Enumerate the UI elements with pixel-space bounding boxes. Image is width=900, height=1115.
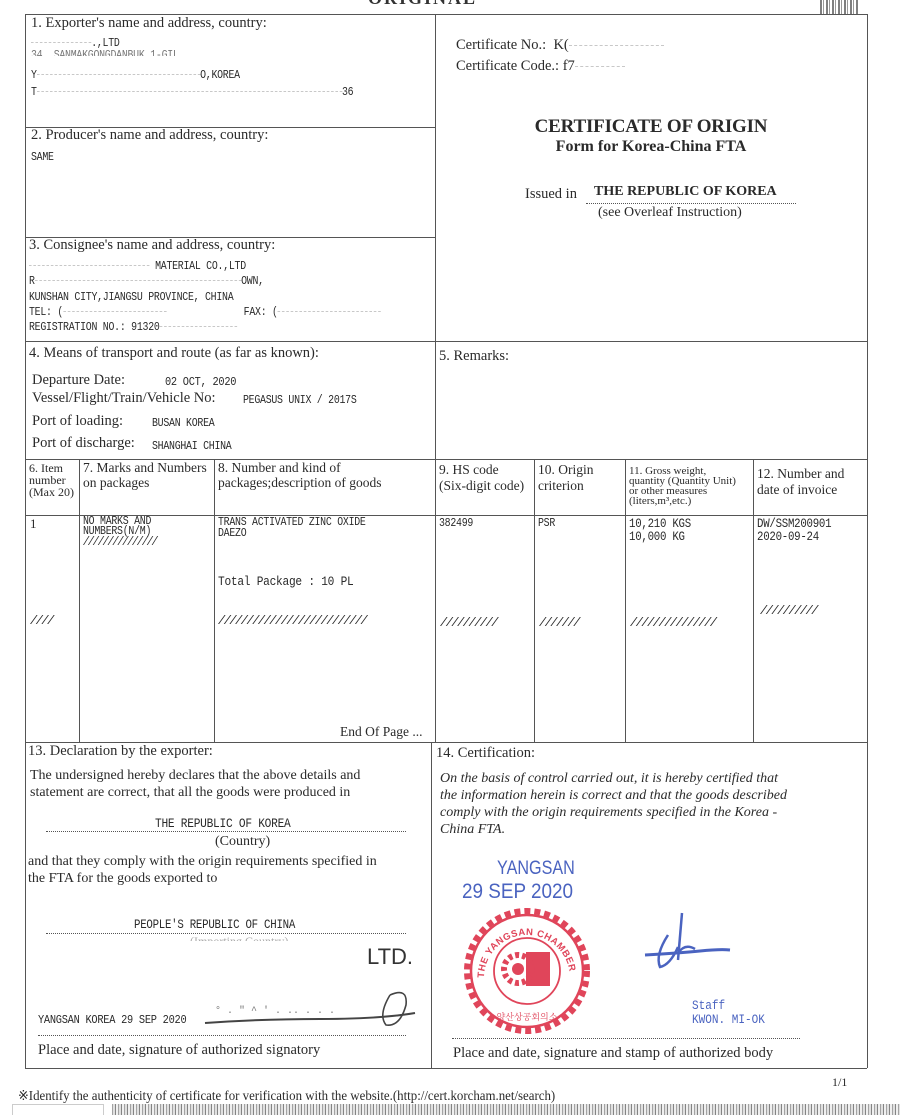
col-divider-1	[79, 459, 80, 742]
svg-text:° . " ^ ' . .. . . .: ° . " ^ ' . .. . . .	[215, 1005, 335, 1017]
header-item-number: 6. Itemnumber(Max 20)	[29, 462, 74, 498]
cell-invoice: DW/SSM2009012020-09-24	[757, 518, 831, 544]
frame-right	[867, 14, 868, 1068]
certification-dotline	[452, 1038, 800, 1039]
document-subtitle: Form for Korea-China FTA	[435, 138, 867, 156]
discharge-value: SHANGHAI CHINA	[152, 440, 231, 453]
table-header-bottom	[25, 515, 867, 516]
frame-left	[25, 14, 26, 1068]
divider-bottom-center	[431, 742, 432, 1068]
filler-origin: ///////	[539, 616, 579, 630]
col-divider-3	[435, 459, 436, 742]
chamber-seal-icon: THE YANGSAN CHAMBER OF COMMERCE & INDUST…	[462, 906, 592, 1036]
header-invoice: 12. Number anddate of invoice	[757, 466, 844, 498]
loading-value: BUSAN KOREA	[152, 417, 214, 430]
cell-gross-weight: 10,210 KGS10,000 KG	[629, 518, 691, 544]
box3-label: 3. Consignee's name and address, country…	[29, 237, 275, 254]
header-origin-criterion: 10. Origincriterion	[538, 462, 594, 494]
vessel-value: PEGASUS UNIX / 2017S	[243, 394, 357, 407]
declaration-text-1: The undersigned hereby declares that the…	[30, 767, 360, 801]
filler-item: ////	[30, 614, 53, 628]
consignee-line-3: KUNSHAN CITY,JIANGSU PROVINCE, CHINA	[29, 291, 233, 304]
issued-in-value: THE REPUBLIC OF KOREA	[594, 184, 777, 200]
certificate-no: Certificate No.: K(	[456, 37, 664, 54]
box4-top	[25, 341, 867, 342]
filler-invoice: //////////	[760, 604, 817, 618]
box4-label: 4. Means of transport and route (as far …	[29, 345, 319, 362]
cell-item-number: 1	[30, 516, 37, 532]
departure-value: 02 OCT, 2020	[165, 375, 236, 389]
signatory-place-date: YANGSAN KOREA 29 SEP 2020	[38, 1013, 186, 1027]
certifying-officer: StaffKWON. MI-OK	[692, 999, 765, 1027]
cell-hs-code: 382499	[439, 517, 473, 530]
frame-bottom	[25, 1068, 867, 1069]
filler-hs: //////////	[440, 616, 497, 630]
company-stamp: LTD.	[367, 944, 413, 970]
box2-label: 2. Producer's name and address, country:	[31, 127, 268, 144]
importing-country: PEOPLE'S REPUBLIC OF CHINA	[134, 918, 295, 932]
filler-weight: ///////////////	[630, 616, 716, 630]
stamp-date: 29 SEP 2020	[462, 880, 573, 904]
issued-in-dotline	[586, 203, 796, 204]
end-of-page: End Of Page ...	[340, 724, 422, 740]
page-number: 1/1	[832, 1075, 847, 1090]
header-hs-code: 9. HS code(Six-digit code)	[439, 462, 524, 494]
cell-marks: NO MARKS ANDNUMBERS(N/M)///////////////	[83, 517, 157, 547]
cell-description: TRANS ACTIVATED ZINC OXIDEDAEZO	[218, 517, 366, 539]
footer-box	[12, 1104, 104, 1115]
signatory-dotline	[38, 1035, 406, 1036]
declaration-text-2: and that they comply with the origin req…	[28, 853, 377, 887]
exporter-line-4: T36	[31, 86, 353, 99]
declaration-country-caption: (Country)	[215, 834, 270, 850]
exporter-signature-icon: ° . " ^ ' . .. . . .	[200, 975, 420, 1035]
cell-origin-criterion: PSR	[538, 517, 555, 530]
consignee-line-2: ROWN,	[29, 275, 264, 288]
header-description: 8. Number and kind ofpackages;descriptio…	[218, 460, 381, 490]
document-title: CERTIFICATE OF ORIGIN	[435, 116, 867, 138]
verification-note: ※Identify the authenticity of certificat…	[18, 1088, 555, 1105]
signatory-footer: Place and date, signature of authorized …	[38, 1042, 320, 1059]
consignee-registration: REGISTRATION NO.: 91320	[29, 321, 237, 334]
header-marks: 7. Marks and Numberson packages	[83, 460, 207, 490]
consignee-tel-fax: TEL: (FAX: (	[29, 306, 381, 319]
certificate-code: Certificate Code.: f7	[456, 58, 625, 75]
filler-description: //////////////////////////	[218, 614, 366, 628]
certification-text: On the basis of control carried out, it …	[440, 770, 787, 838]
officer-signature-icon	[640, 905, 760, 975]
barcode-strip	[112, 1104, 900, 1115]
svg-text:양산상공회의소: 양산상공회의소	[497, 1011, 558, 1023]
box5-label: 5. Remarks:	[439, 348, 509, 365]
overleaf-instruction: (see Overleaf Instruction)	[598, 205, 742, 221]
divider-top-center	[435, 14, 436, 462]
exporter-line-3: YO,KOREA	[31, 69, 240, 82]
declaration-country-dotline	[46, 831, 406, 832]
cell-total-package: Total Package : 10 PL	[218, 574, 353, 589]
col-divider-2	[214, 459, 215, 742]
stamp-place: YANGSAN	[497, 858, 575, 880]
declaration-country: THE REPUBLIC OF KOREA	[155, 816, 290, 831]
original-stamp: ORIGINAL	[368, 0, 486, 4]
discharge-label: Port of discharge:	[32, 435, 135, 452]
importing-country-caption: (Importing Country)	[190, 934, 288, 941]
producer-value: SAME	[31, 151, 54, 164]
box13-label: 13. Declaration by the exporter:	[28, 743, 213, 760]
certification-footer: Place and date, signature and stamp of a…	[453, 1045, 773, 1062]
vessel-label: Vessel/Flight/Train/Vehicle No:	[32, 390, 216, 407]
qr-code-icon	[820, 0, 858, 14]
col-divider-6	[753, 459, 754, 742]
box14-label: 14. Certification:	[436, 745, 535, 762]
departure-row: Departure Date:	[32, 371, 125, 389]
col-divider-5	[625, 459, 626, 742]
issued-in-label: Issued in	[525, 186, 577, 203]
header-gross-weight: 11. Gross weight,quantity (Quantity Unit…	[629, 466, 736, 506]
box1-label: 1. Exporter's name and address, country:	[31, 15, 267, 32]
exporter-line-2: 34, SANMAKGONGDANBUK 1-GIL	[31, 49, 179, 56]
consignee-line-1: MATERIAL CO.,LTD	[29, 260, 246, 273]
loading-label: Port of loading:	[32, 413, 123, 430]
col-divider-4	[534, 459, 535, 742]
